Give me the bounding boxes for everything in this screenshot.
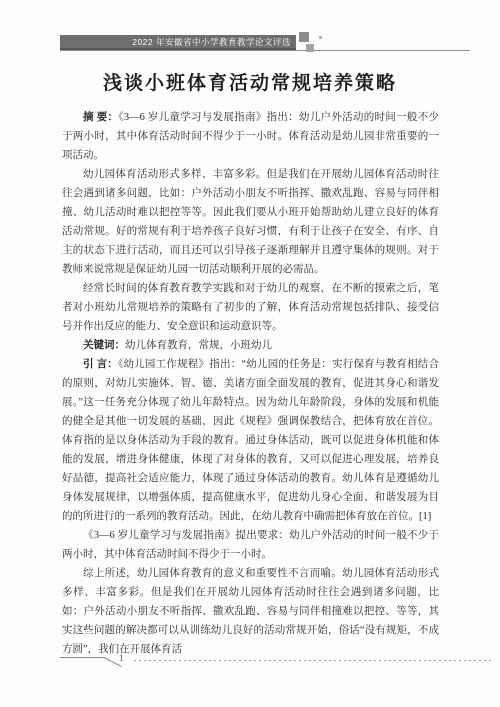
paragraph-introduction: 引 言：《幼儿园工作规程》指出：“幼儿园的任务是：实行保育与教育相结合的原则，对… bbox=[62, 355, 439, 526]
paragraph-text: 经常长时间的体育教育教学实践和对于幼儿的观察，在不断的摸索之后，笔者对小班幼儿常… bbox=[62, 283, 439, 332]
paragraph-guideline: 《3—6 岁儿童学习与发展指南》提出要求：幼儿户外活动的时间一般不少于两小时，其… bbox=[62, 526, 439, 564]
paragraph-abstract-2: 幼儿园体育活动形式多样、丰富多彩。但是我们在开展幼儿园体育活动时往往会遇到诸多问… bbox=[62, 165, 439, 279]
paragraph-text: 幼儿园体育活动形式多样、丰富多彩。但是我们在开展幼儿园体育活动时往往会遇到诸多问… bbox=[62, 169, 439, 275]
header-banner: 2022 年安徽省中小学教育教学论文评选 bbox=[60, 35, 296, 50]
abstract-label: 摘 要： bbox=[83, 112, 118, 123]
header-rule bbox=[60, 50, 470, 51]
paragraph-text: 综上所述，幼儿园体育教育的意义和重要性不言而喻。幼儿园体育活动形式多样、丰富多彩… bbox=[62, 568, 439, 655]
abstract-text: 《3—6 岁儿童学习与发展指南》指出：幼儿户外活动的时间一般不少于两小时，其中体… bbox=[62, 112, 439, 161]
document-page: 2022 年安徽省中小学教育教学论文评选 浅谈小班体育活动常规培养策略 摘 要：… bbox=[0, 0, 500, 707]
introduction-label: 引 言： bbox=[83, 359, 118, 370]
page-number: 1 bbox=[119, 653, 124, 663]
paragraph-summary: 综上所述，幼儿园体育教育的意义和重要性不言而喻。幼儿园体育活动形式多样、丰富多彩… bbox=[62, 564, 439, 659]
paragraph-keywords: 关键词：幼儿体育教育，常规，小班幼儿 bbox=[62, 336, 439, 355]
paragraph-text: 《3—6 岁儿童学习与发展指南》提出要求：幼儿户外活动的时间一般不少于两小时，其… bbox=[62, 530, 439, 560]
footnote-rule bbox=[60, 657, 105, 658]
paragraph-abstract-3: 经常长时间的体育教育教学实践和对于幼儿的观察，在不断的摸索之后，笔者对小班幼儿常… bbox=[62, 279, 439, 336]
paper-title: 浅谈小班体育活动常规培养策略 bbox=[0, 68, 500, 95]
footnote-dotted-line bbox=[134, 660, 494, 661]
introduction-text: 《幼儿园工作规程》指出：“幼儿园的任务是：实行保育与教育相结合的原则，对幼儿实施… bbox=[62, 359, 439, 522]
paragraph-abstract: 摘 要：《3—6 岁儿童学习与发展指南》指出：幼儿户外活动的时间一般不少于两小时… bbox=[62, 108, 439, 165]
decorative-dot bbox=[319, 36, 322, 39]
paper-body: 摘 要：《3—6 岁儿童学习与发展指南》指出：幼儿户外活动的时间一般不少于两小时… bbox=[62, 108, 439, 659]
decorative-square-small bbox=[306, 44, 314, 52]
decorative-square-large bbox=[299, 32, 309, 42]
keywords-text: 幼儿体育教育，常规，小班幼儿 bbox=[125, 340, 272, 351]
keywords-label: 关键词： bbox=[83, 340, 125, 351]
header-banner-text: 2022 年安徽省中小学教育教学论文评选 bbox=[132, 36, 291, 48]
